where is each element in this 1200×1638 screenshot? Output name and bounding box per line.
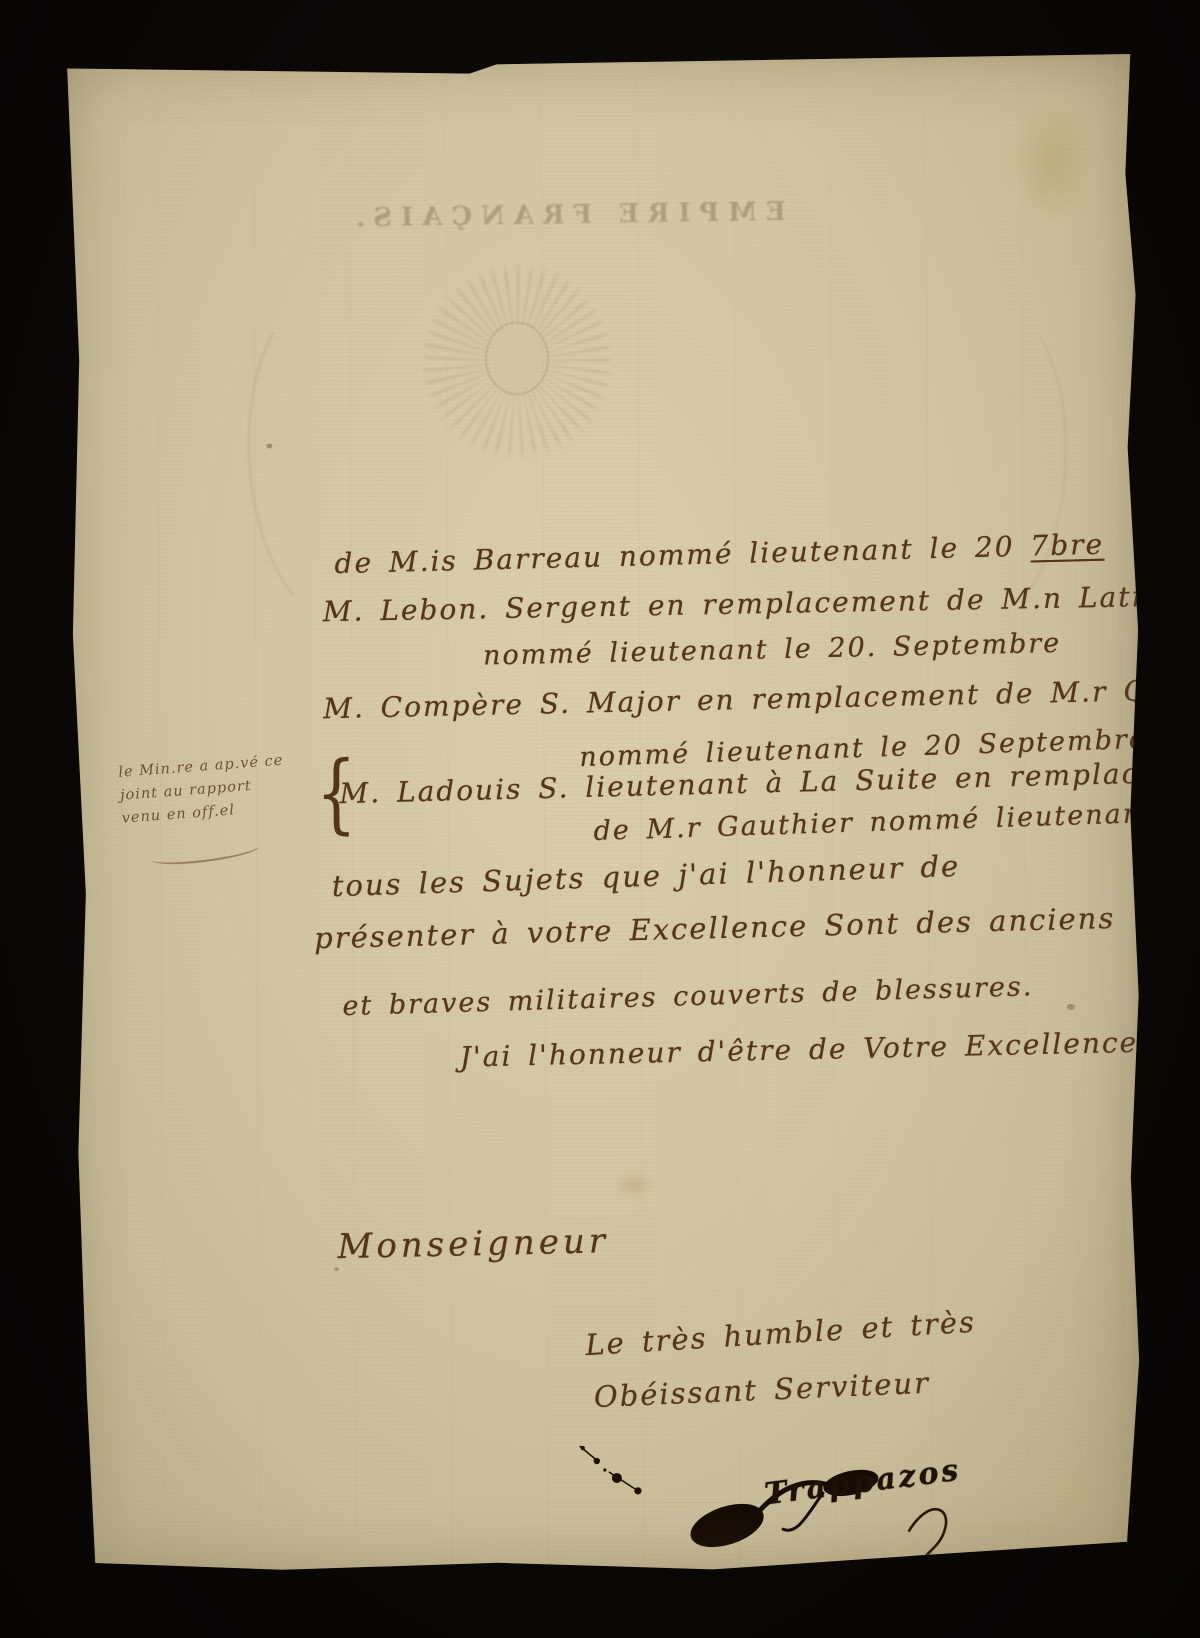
corner-stain: [1013, 96, 1094, 226]
signature-ink-blots: [547, 1432, 1068, 1604]
seal-core-ring: [485, 321, 549, 395]
body-line-2-text: M. Lebon. Sergent en remplacement de M.n…: [323, 579, 1200, 628]
photo-background: EMPIRE FRANÇAIS. le Min.re a ap.vé ce jo…: [0, 0, 1200, 1638]
closing-line-1: Le très humble et très: [584, 1305, 976, 1362]
body-line-2: M. Lebon. Sergent en remplacement de M.n…: [323, 579, 1200, 628]
valediction-line: J'ai l'honneur d'être de Votre Excellenc…: [459, 1026, 1138, 1074]
foxing-speck: [334, 1267, 339, 1271]
letter-paper: EMPIRE FRANÇAIS. le Min.re a ap.vé ce jo…: [61, 52, 1144, 1579]
margin-note: le Min.re a ap.vé ce joint au rapport ve…: [118, 746, 343, 831]
paragraph-line-1: tous les Sujets que j'ai l'honneur de: [331, 849, 960, 903]
body-line-4-text: M. Compère S. Major en remplacement de M…: [323, 672, 1200, 725]
body-line-3: nommé lieutenant le 20. Septembre: [483, 628, 1062, 672]
imperial-seal-showthrough-icon: [422, 259, 613, 465]
paragraph-line-2: présenter à votre Excellence Sont des an…: [314, 901, 1116, 955]
body-line-3-text: nommé lieutenant le 20. Septembre: [483, 628, 1062, 672]
body-line-7-text: de M.r Gauthier nommé lieutenant le 20: [593, 794, 1200, 847]
body-line-4: M. Compère S. Major en remplacement de M…: [323, 672, 1200, 725]
margin-note-flourish: [149, 837, 260, 869]
salutation: Monseigneur: [337, 1221, 609, 1267]
paragraph-line-3: et braves militaires couverts de blessur…: [342, 971, 1034, 1022]
closing-line-2: Obéissant Serviteur: [593, 1366, 930, 1414]
foxing-speck: [1067, 1004, 1075, 1010]
body-line-5-underlined: [1146, 724, 1147, 755]
showthrough-empire-francais-text: EMPIRE FRANÇAIS.: [296, 196, 836, 234]
body-line-1-underlined: 7bre: [1030, 528, 1105, 563]
paper-stain: [614, 1172, 654, 1198]
wreath-showthrough-left: [236, 287, 434, 633]
signature: Trappazos: [763, 1453, 964, 1513]
